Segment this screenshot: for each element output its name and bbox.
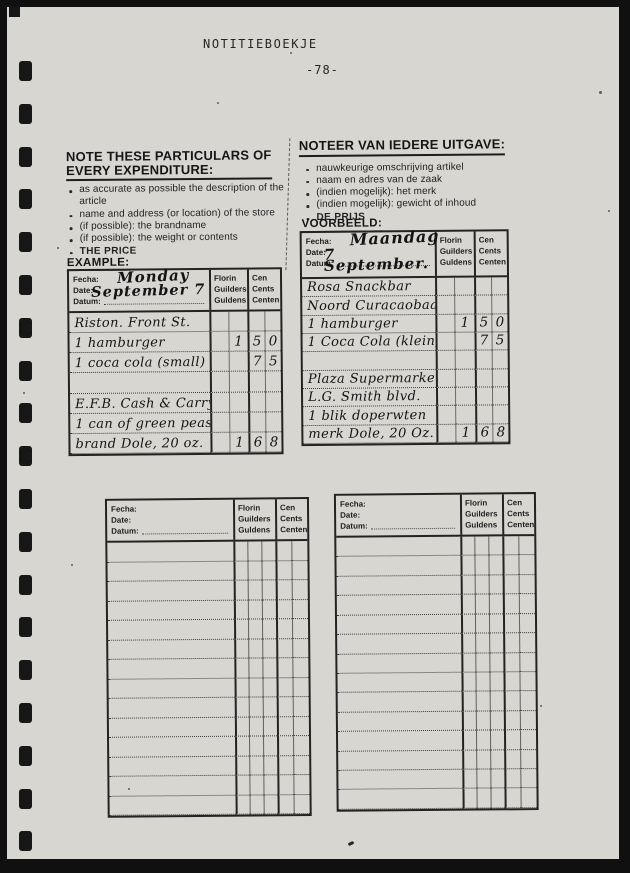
cents-cell: [520, 711, 536, 731]
description-cell: Riston. Front St.: [69, 312, 209, 333]
handwritten-entry: 1 Coca Cola (klein): [308, 334, 436, 350]
example-table-english: Fecha: Date: Datum: Monday September 7 F…: [67, 267, 284, 456]
florin-cell: [210, 433, 229, 453]
cents-cell: [276, 639, 292, 659]
cents-cell: [519, 653, 535, 673]
cen-header-cell: Cen Cents Centen: [247, 269, 280, 309]
florin-cell: [229, 392, 248, 412]
blank-table-row: [338, 789, 536, 810]
blank-table-row: [108, 639, 308, 660]
florin-cell: [235, 756, 249, 776]
description-cell: merk Dole, 20 Oz.: [303, 425, 436, 444]
page-content: NOTE THESE PARTICULARS OF EVERY EXPENDIT…: [7, 7, 619, 859]
blank-table-row: [337, 633, 535, 654]
cents-cell: [520, 730, 536, 750]
description-cell: Rosa Snackbar: [302, 278, 435, 297]
table-row: L.G. Smith blvd.: [303, 387, 508, 407]
description-cell: [337, 653, 461, 674]
blank-table-row: [109, 736, 309, 757]
blank-table-row: [338, 711, 536, 732]
date-header-cell: Fecha: Date: Datum:: [107, 500, 233, 541]
florin-cell: [460, 537, 474, 557]
description-cell: [108, 639, 234, 660]
handwritten-entry: E.F.B. Cash & Carry: [75, 396, 210, 412]
cents-cell: [293, 736, 309, 756]
bullet-dot: [67, 221, 80, 233]
florin-cell: [475, 614, 489, 634]
cents-cell: [292, 580, 308, 600]
description-cell: [337, 634, 461, 655]
florin-cell: [235, 776, 249, 796]
table-body: Rosa SnackbarNoord Curacaobaai1 hamburge…: [302, 277, 508, 444]
table-row: Riston. Front St.: [69, 311, 280, 333]
cents-cell: [276, 619, 292, 639]
description-cell: [109, 698, 235, 719]
table-header: Fecha: Date: Datum: Florin Guilders Guld…: [336, 494, 534, 538]
description-cell: [337, 595, 461, 616]
florin-cell: [476, 750, 490, 770]
cents-cell: [248, 372, 265, 392]
cents-cell: [504, 711, 520, 731]
florin-cell: [489, 575, 503, 595]
table-row: E.F.B. Cash & Carry: [70, 392, 281, 414]
cents-cell: [265, 392, 281, 412]
florin-cell: [436, 424, 455, 442]
cents-cell: [475, 369, 492, 387]
cents-cell: 8: [492, 424, 508, 442]
cents-cell: [502, 536, 518, 556]
description-cell: [338, 789, 462, 810]
description-cell: [109, 776, 235, 797]
florin-cell: [262, 639, 276, 659]
bullet-list-nl: nauwkeurige omschrijving artikelnaam en …: [299, 161, 538, 225]
florin-cell: [436, 388, 455, 406]
description-cell: [108, 581, 234, 602]
cents-cell: 5: [474, 314, 491, 332]
handwritten-date: Maandag: [349, 230, 439, 245]
florin-cell: [247, 561, 261, 581]
cents-cell: 7: [475, 332, 492, 350]
cents-cell: 6: [475, 424, 492, 442]
bullet-dot: [303, 175, 316, 187]
florin-cell: [461, 595, 475, 615]
description-cell: [336, 537, 460, 558]
cents-cell: [503, 614, 519, 634]
cents-cell: [491, 277, 507, 295]
bullet-text: as accurate as possible the description …: [79, 182, 291, 208]
table-row: Rosa Snackbar: [302, 277, 507, 297]
table-header: Fecha: Date: Datum: Maandag 7 September.…: [302, 231, 507, 279]
florin-cell: [475, 595, 489, 615]
blank-table-row: [337, 575, 535, 596]
description-cell: [109, 678, 235, 699]
table-row: 1 blik doperwten: [303, 406, 508, 426]
cents-cell: [518, 555, 534, 575]
cents-cell: 0: [264, 331, 280, 351]
cents-cell: [474, 296, 491, 314]
cents-cell: [474, 277, 491, 295]
cents-cell: [265, 412, 281, 432]
cents-cell: [292, 658, 308, 678]
florin-cell: [435, 314, 454, 332]
cents-cell: [277, 678, 293, 698]
description-cell: [107, 542, 233, 563]
description-cell: E.F.B. Cash & Carry: [70, 392, 210, 413]
blank-table-row: [110, 795, 310, 816]
florin-cell: [249, 678, 263, 698]
handwritten-date: 7 September.: [324, 247, 436, 272]
bullet-dot: [303, 163, 316, 175]
handwritten-entry: 1 can of green peas: [75, 416, 210, 432]
florin-cell: [247, 541, 261, 561]
description-cell: 1 blik doperwten: [303, 406, 436, 425]
florin-cell: [261, 561, 275, 581]
description-cell: [108, 659, 234, 680]
cents-cell: [492, 351, 508, 369]
description-cell: [338, 770, 462, 791]
table-row: 1 coca cola (small)75: [70, 352, 281, 374]
example-table-dutch: Fecha: Date: Datum: Maandag 7 September.…: [300, 229, 511, 446]
cents-cell: [519, 633, 535, 653]
cents-cell: 6: [248, 432, 265, 452]
date-header-cell: Fecha: Date: Datum:: [336, 495, 460, 536]
florin-cell: [455, 333, 475, 352]
table-body: [107, 541, 309, 816]
florin-cell: [262, 600, 276, 620]
florin-cell: [210, 352, 229, 372]
blank-table-row: [108, 580, 308, 601]
handwritten-date: September 7: [91, 284, 205, 298]
florin-cell: [263, 736, 277, 756]
instructions-dutch: NOTEER VAN IEDERE UITGAVE: nauwkeurige o…: [299, 135, 538, 224]
blank-table-row: [338, 769, 536, 790]
fecha-label: Fecha:: [340, 499, 366, 510]
cents-cell: [504, 789, 520, 809]
cents-cell: [520, 691, 536, 711]
table-row: 1 Coca Cola (klein)75: [303, 332, 508, 352]
blank-table-row: [108, 619, 308, 640]
blank-table-row: [337, 594, 535, 615]
cents-cell: 5: [247, 332, 264, 352]
bullet-dot: [303, 187, 316, 199]
description-cell: [336, 556, 460, 577]
florin-cell: [210, 392, 229, 412]
description-cell: 1 hamburger: [302, 315, 435, 334]
cents-cell: [503, 633, 519, 653]
florin-cell: [490, 731, 504, 751]
florin-cell: [229, 372, 248, 392]
florin-cell: [455, 388, 475, 407]
table-row: 1 hamburger150: [69, 331, 280, 353]
handwritten-entry: 1 hamburger: [75, 336, 166, 352]
description-cell: [108, 620, 234, 641]
florin-cell: [249, 756, 263, 776]
table-row: [303, 351, 508, 371]
bullet-dot: [66, 184, 79, 209]
florin-cell: [248, 639, 262, 659]
blank-table-row: [107, 561, 307, 582]
florin-cell: [248, 619, 262, 639]
florin-cell: [235, 717, 249, 737]
florin-cell: [250, 795, 264, 815]
cen-header-cell: Cen Cents Centen: [502, 494, 534, 534]
florin-cell: [249, 736, 263, 756]
description-cell: [337, 576, 461, 597]
florin-cell: [263, 678, 277, 698]
cents-cell: [520, 750, 536, 770]
florin-cell: [248, 600, 262, 620]
instructions-english: NOTE THESE PARTICULARS OF EVERY EXPENDIT…: [66, 148, 299, 258]
florin-cell: [209, 332, 228, 352]
handwritten-entry: merk Dole, 20 Oz.: [308, 426, 434, 442]
florin-cell: [248, 580, 262, 600]
handwritten-entry: 1 hamburger: [307, 316, 398, 332]
florin-cell: [234, 581, 248, 601]
table-row: brand Dole, 20 oz.168: [70, 432, 281, 454]
florin-cell: [229, 412, 248, 432]
florin-cell: [263, 717, 277, 737]
cents-cell: [292, 639, 308, 659]
florin-cell: [249, 697, 263, 717]
cents-cell: [277, 775, 293, 795]
florin-cell: [228, 312, 247, 332]
cents-cell: [491, 296, 507, 314]
florin-cell: [488, 556, 502, 576]
florin-header-cell: Florin Guilders Guldens: [209, 270, 247, 310]
florin-cell: [248, 658, 262, 678]
description-cell: [109, 717, 235, 738]
description-cell: [109, 756, 235, 777]
bullet-dot: [303, 199, 316, 211]
cents-cell: [520, 769, 536, 789]
cents-cell: [292, 619, 308, 639]
blank-table-row: [109, 717, 309, 738]
florin-cell: 1: [455, 424, 475, 443]
cents-cell: [293, 678, 309, 698]
blank-ledger-table-right: Fecha: Date: Datum: Florin Guilders Guld…: [334, 492, 539, 812]
cents-cell: 0: [491, 314, 507, 332]
florin-cell: [234, 600, 248, 620]
florin-cell: [489, 633, 503, 653]
description-cell: [337, 673, 461, 694]
cents-cell: [247, 311, 264, 331]
description-cell: 1 hamburger: [69, 332, 209, 353]
cents-cell: [504, 730, 520, 750]
cents-cell: [293, 756, 309, 776]
heading-line-2: EVERY EXPENDITURE:: [66, 161, 213, 177]
dotted-leader: [142, 526, 229, 535]
fecha-label: Fecha:: [111, 504, 137, 515]
cents-cell: [248, 392, 265, 412]
florin-cell: [475, 634, 489, 654]
cents-cell: [519, 575, 535, 595]
blank-table-row: [109, 756, 309, 777]
florin-cell: [235, 698, 249, 718]
florin-cell: [461, 575, 475, 595]
florin-cell: [489, 653, 503, 673]
florin-cell: [249, 717, 263, 737]
blank-table-row: [108, 658, 308, 679]
cents-cell: 7: [248, 352, 265, 372]
cents-cell: [277, 736, 293, 756]
blank-table-row: [338, 691, 536, 712]
florin-cell: [436, 333, 455, 351]
cents-cell: [277, 717, 293, 737]
table-body: [336, 536, 536, 810]
cents-cell: [503, 672, 519, 692]
cents-cell: [264, 311, 280, 331]
cents-cell: [293, 697, 309, 717]
dotted-leader: [371, 521, 456, 530]
florin-cell: [476, 692, 490, 712]
florin-cell: 1: [454, 314, 474, 333]
florin-cell: [462, 789, 476, 809]
florin-cell: [263, 775, 277, 795]
blank-table-row: [109, 775, 309, 796]
florin-cell: [210, 372, 229, 392]
description-cell: 1 can of green peas: [70, 413, 210, 434]
date-header-cell: Fecha: Date: Datum: Maandag 7 September.: [302, 232, 435, 277]
description-cell: 1 Coca Cola (klein): [303, 333, 436, 352]
datum-label: Datum:: [340, 521, 368, 532]
table-row: Plaza Supermarket: [303, 369, 508, 389]
florin-cell: [476, 770, 490, 790]
florin-cell: [461, 634, 475, 654]
date-label: Date:: [111, 515, 131, 526]
description-cell: [338, 692, 462, 713]
handwritten-entry: 1 blik doperwten: [308, 408, 426, 424]
description-cell: [70, 372, 210, 393]
cents-cell: [276, 658, 292, 678]
table-header: Fecha: Date: Datum: Florin Guilders Guld…: [107, 499, 307, 543]
cents-cell: [503, 594, 519, 614]
blank-table-row: [108, 600, 308, 621]
table-row: Noord Curacaobaai: [302, 296, 507, 316]
bullet-dot: [66, 209, 79, 221]
florin-cell: [476, 789, 490, 809]
florin-cell: [490, 692, 504, 712]
florin-cell: [461, 673, 475, 693]
florin-cell: [475, 575, 489, 595]
blank-table-row: [337, 653, 535, 674]
description-cell: Plaza Supermarket: [303, 370, 436, 389]
blank-table-row: [337, 672, 535, 693]
cents-cell: [502, 556, 518, 576]
cents-cell: [475, 387, 492, 405]
florin-cell: [235, 737, 249, 757]
florin-cell: [475, 672, 489, 692]
florin-cell: [462, 692, 476, 712]
blank-ledger-table-left: Fecha: Date: Datum: Florin Guilders Guld…: [105, 497, 312, 818]
bullet-item: as accurate as possible the description …: [66, 182, 298, 209]
florin-cell: [489, 614, 503, 634]
cents-cell: [277, 756, 293, 776]
florin-cell: [436, 351, 455, 369]
blank-table-row: [336, 555, 534, 576]
description-cell: [303, 351, 436, 370]
cents-cell: [504, 692, 520, 712]
cents-cell: [276, 580, 292, 600]
florin-cell: [263, 697, 277, 717]
florin-cell: [262, 580, 276, 600]
date-label: Date:: [340, 510, 360, 521]
florin-cell: [249, 775, 263, 795]
description-cell: [337, 614, 461, 635]
handwritten-entry: Rosa Snackbar: [307, 279, 411, 295]
florin-header-cell: Florin Guilders Guldens: [233, 499, 275, 539]
blank-table-row: [107, 541, 307, 562]
table-row: 1 hamburger150: [302, 314, 507, 334]
florin-cell: [210, 412, 229, 432]
cents-cell: [475, 351, 492, 369]
instructions-heading-en: NOTE THESE PARTICULARS OF EVERY EXPENDIT…: [66, 148, 272, 181]
florin-cell: [462, 750, 476, 770]
florin-cell: [474, 556, 488, 576]
blank-table-row: [109, 678, 309, 699]
cents-cell: [291, 561, 307, 581]
bullet-list-en: as accurate as possible the description …: [66, 182, 299, 258]
blank-table-row: [336, 536, 534, 557]
cents-cell: [504, 769, 520, 789]
florin-cell: [263, 756, 277, 776]
florin-cell: [454, 278, 474, 297]
cents-cell: [504, 750, 520, 770]
florin-cell: [475, 653, 489, 673]
instructions-heading-nl: NOTEER VAN IEDERE UITGAVE:: [299, 137, 505, 156]
handwritten-entry: brand Dole, 20 oz.: [75, 436, 203, 452]
florin-cell: [454, 296, 474, 315]
florin-cell: [489, 595, 503, 615]
blank-table-row: [337, 614, 535, 635]
handwritten-entry: Noord Curacaobaai: [307, 298, 435, 314]
florin-cell: [490, 769, 504, 789]
florin-cell: [490, 789, 504, 809]
blank-table-row: [338, 730, 536, 751]
cents-cell: [492, 406, 508, 424]
description-cell: [109, 737, 235, 758]
cents-cell: [293, 775, 309, 795]
cen-header-cell: Cen Cents Centen: [474, 231, 507, 275]
florin-cell: [460, 556, 474, 576]
florin-cell: [489, 672, 503, 692]
florin-cell: [461, 653, 475, 673]
cents-cell: [518, 536, 534, 556]
florin-cell: [435, 278, 454, 296]
florin-cell: [461, 614, 475, 634]
florin-cell: [435, 296, 454, 314]
description-cell: 1 coca cola (small): [70, 352, 210, 373]
florin-cell: [462, 770, 476, 790]
cents-cell: 8: [265, 432, 281, 452]
cents-cell: [519, 672, 535, 692]
cents-cell: [275, 561, 291, 581]
table-row: merk Dole, 20 Oz.168: [303, 424, 508, 444]
cents-cell: [503, 653, 519, 673]
description-cell: brand Dole, 20 oz.: [70, 433, 210, 454]
cents-cell: [475, 406, 492, 424]
florin-cell: [234, 639, 248, 659]
florin-cell: [462, 731, 476, 751]
florin-cell: [488, 536, 502, 556]
handwritten-entry: Riston. Front St.: [74, 315, 190, 331]
florin-cell: [490, 750, 504, 770]
florin-cell: [455, 351, 475, 370]
florin-cell: [474, 536, 488, 556]
description-cell: [108, 600, 234, 621]
florin-cell: [209, 312, 228, 332]
table-header: Fecha: Date: Datum: Monday September 7 F…: [69, 269, 280, 313]
cents-cell: 5: [265, 352, 281, 372]
